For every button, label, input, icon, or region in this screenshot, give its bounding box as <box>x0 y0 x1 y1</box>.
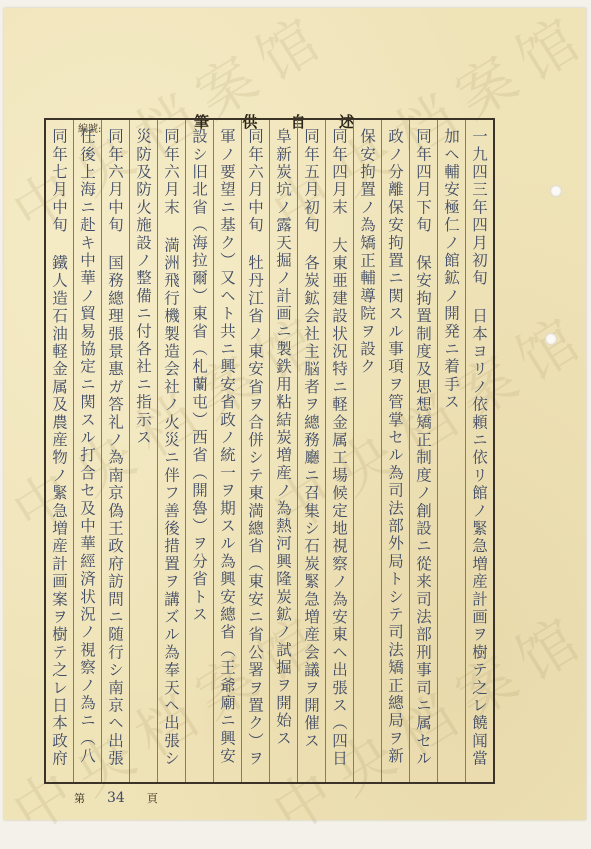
text-column: 同年六月中旬 国務總理張景惠ガ答礼ノ為南京偽王政府訪問ニ随行シ南京ヘ出張シ總理帰 <box>101 120 129 782</box>
text-column: 災防及防火施設ノ整備ニ付各社ニ指示ス <box>129 120 157 782</box>
text-column: 同年六月中旬 牡丹江省ノ東安省ヲ合併シテ東満總省（東安ニ省公署ヲ置ク）ヲ新設（関… <box>241 120 269 782</box>
punch-hole <box>550 185 562 197</box>
text-column: 阜新炭坑ノ露天掘ノ計画ニ製鉄用粘結炭増産ノ為熱河興隆炭鉱ノ試掘ヲ開始ス <box>269 120 297 782</box>
text-column: 同年四月下旬 保安拘置制度及思想矯正制度ノ創設ニ從来司法部刑事司ニ属セル監獄行 <box>409 120 437 782</box>
page-number: 34 <box>107 790 125 806</box>
text-column: 同年六月末 満洲飛行機製造会社ノ火災ニ伴フ善後措置ヲ講ズル為奉天ヘ出張シ尚工場ノ… <box>157 120 185 782</box>
text-column: 同年七月中旬 鐵人造石油軽金属及農産物ノ緊急増産計画案ヲ樹テ之レ日本政府ト折 <box>46 120 73 782</box>
punch-hole <box>545 333 557 345</box>
text-column: 政ノ分離保安拘置ニ関スル事項ヲ管掌セル為司法部外局トシテ司法矯正總局ヲ新設ス尚 <box>381 120 409 782</box>
page-suffix: 頁 <box>147 790 158 806</box>
manuscript-grid: 一九四三年四月初旬 日本ヨリノ依頼ニ依リ館ノ緊急増産計画ヲ樹テ之レ饒闻當ノ揚家杖… <box>44 118 495 784</box>
text-column: 一九四三年四月初旬 日本ヨリノ依頼ニ依リ館ノ緊急増産計画ヲ樹テ之レ饒闻當ノ揚家杖… <box>465 120 493 782</box>
text-column: 同年四月末 大東亜建設状況特ニ軽金属工場候定地視察ノ為安東ヘ出張ス（四日間） <box>325 120 353 782</box>
text-column: 加ヘ輔安極仁ノ館鉱ノ開発ニ着手ス <box>437 120 465 782</box>
text-column: 設シ旧北省（海拉爾）東省（札蘭屯）西省（開魯）ヲ分省トス <box>185 120 213 782</box>
page-footer: 第 34 頁 <box>74 790 158 806</box>
text-column: 保安拘置ノ為矯正輔導院ヲ設ク <box>353 120 381 782</box>
text-column: 任後上海ニ赴キ中華ノ貿易協定ニ関スル打合セ及中華經済状況ノ視察ノ為ニ（八日間） <box>73 120 101 782</box>
text-column: 同年五月初旬 各炭鉱会社主脳者ヲ總務廳ニ召集シ石炭緊急増産会議ヲ開催ス <box>297 120 325 782</box>
page-prefix: 第 <box>74 790 85 806</box>
text-column: 軍ノ要望ニ基ク）又ヘト共ニ興安省政ノ統一ヲ期スル為興安總省（王爺廟ニ興安總省公署… <box>213 120 241 782</box>
